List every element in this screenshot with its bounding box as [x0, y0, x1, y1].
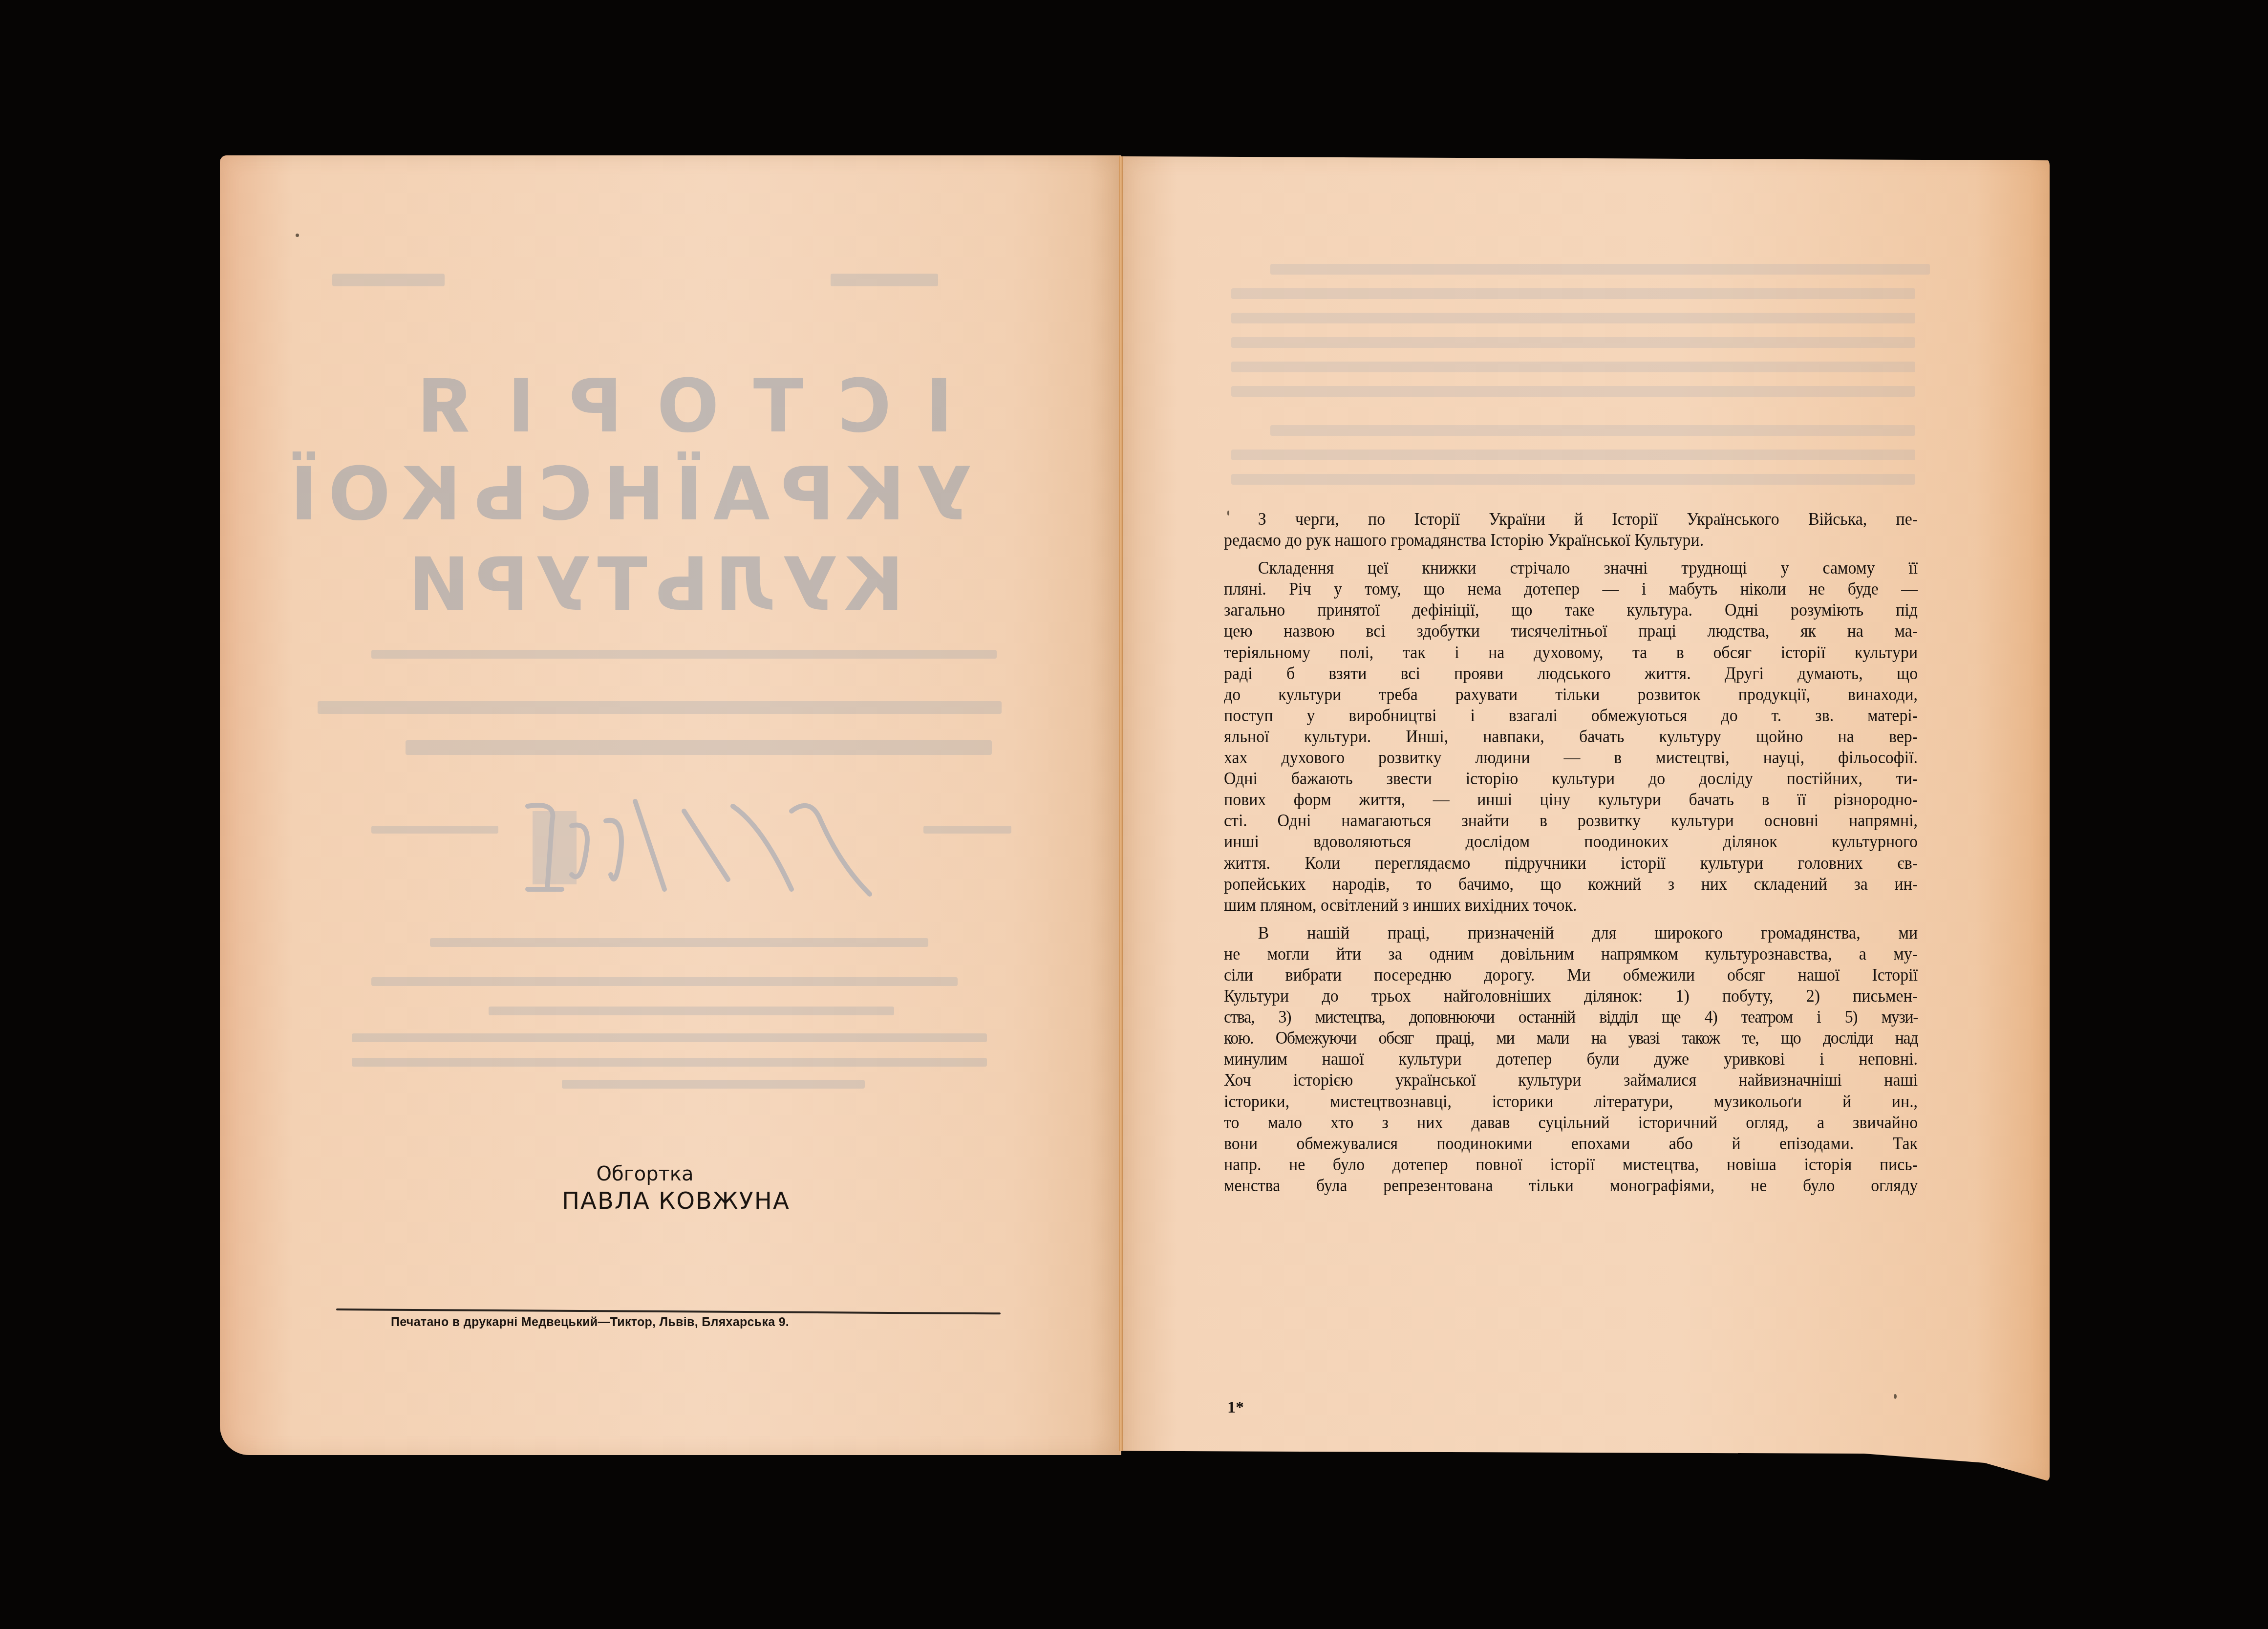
text-line: історики, мистецтвознавці, історики літе… [1224, 1091, 1918, 1112]
text-line: не могли йти за одним довільним напрямко… [1224, 943, 1918, 964]
text-line: яльної культури. Инші, навпаки, бачать к… [1224, 726, 1918, 747]
show-through-line [831, 274, 938, 286]
show-through-line [562, 1080, 865, 1089]
show-through-line [1231, 337, 1915, 348]
text-line: Одні бажають звести історію культури до … [1224, 768, 1918, 789]
paragraph-3: В нашій праці, призначеній для широкого … [1224, 922, 1918, 1196]
text-line: хах духового розвитку людини — в мистецт… [1224, 747, 1918, 768]
show-through-line [1231, 450, 1915, 460]
text-line: кою. Обмежуючи обсяг праці, ми мали на у… [1224, 1027, 1918, 1048]
show-through-line [1231, 386, 1915, 397]
text-line: сті. Одні намагаються знайти в розвитку … [1224, 810, 1918, 831]
show-through-line [352, 1033, 987, 1042]
show-through-line [406, 740, 992, 755]
text-line: В нашій праці, призначеній для широкого … [1224, 922, 1918, 943]
show-through-title-line-2: УКРАЇНСЬКОЇ [420, 452, 972, 537]
text-line: вони обмежувалися поодинокими епохами аб… [1224, 1133, 1918, 1154]
text-line: Складення цеї книжки стрічало значні тру… [1224, 557, 1918, 578]
show-through-line [371, 826, 498, 834]
show-through-line [371, 977, 958, 986]
show-through-line [371, 650, 997, 659]
body-text: З черги, по Історії України й Історії Ук… [1224, 508, 1869, 1202]
text-line: поступ у виробництві і взагалі обмежують… [1224, 705, 1918, 726]
text-line: цею назвою всі здобутки тисячелітньої пр… [1224, 620, 1918, 641]
show-through-title-line-3: КУЛЬТУРИ [479, 542, 904, 627]
text-line: раді б взяти всі прояви людського життя.… [1224, 663, 1918, 684]
text-line: ства, 3) мистецтва, доповнюючи останній … [1224, 1006, 1918, 1027]
paragraph-1: З черги, по Історії України й Історії Ук… [1224, 508, 1918, 550]
printer-imprint: Печатано в друкарні Медвецький—Тиктор, Л… [391, 1315, 977, 1329]
paragraph-2: Складення цеї книжки стрічало значні тру… [1224, 557, 1918, 915]
text-line: ропейських народів, то бачимо, що кожний… [1224, 873, 1918, 894]
show-through-line [489, 1007, 894, 1015]
text-line: пляні. Річ у тому, що нема дотепер — і м… [1224, 578, 1918, 599]
show-through-line [332, 274, 445, 286]
book-spine [1119, 156, 1123, 1451]
book-spread: ІСТОРІЯ УКРАЇНСЬКОЇ КУЛЬТУРИ Обгортка ПА… [0, 0, 2268, 1629]
show-through-line [430, 938, 928, 947]
show-through-line [1231, 362, 1915, 372]
text-line: З черги, по Історії України й Історії Ук… [1224, 508, 1918, 529]
show-through-signature-icon [498, 792, 919, 899]
paper-speck [1227, 511, 1229, 515]
gutter-shadow [1090, 155, 1120, 1455]
paper-speck [296, 234, 299, 237]
show-through-line [1231, 288, 1915, 299]
show-through-line [318, 701, 1002, 714]
text-line: пових форм життя, — инші ціну культури б… [1224, 789, 1918, 810]
text-line: напр. не було дотепер повної історії мис… [1224, 1154, 1918, 1175]
cover-credit-name: ПАВЛА КОВЖУНА [562, 1187, 718, 1215]
text-line: шим пляном, освітлений з инших вихідних … [1224, 894, 1918, 915]
cover-credit: Обгортка ПАВЛА КОВЖУНА [572, 1163, 718, 1215]
text-line: життя. Коли переглядаємо підручники істо… [1224, 852, 1918, 873]
text-line: минулим нашої культури дотепер були дуже… [1224, 1048, 1918, 1069]
text-line: то мало хто з них давав суцільний істори… [1224, 1112, 1918, 1133]
show-through-line [1231, 313, 1915, 323]
text-line: Культури до трьох найголовніших ділянок:… [1224, 985, 1918, 1006]
show-through-line [923, 826, 1011, 834]
text-line: редаємо до рук нашого громадянства Істор… [1224, 529, 1918, 550]
text-line: загально принятої дефініції, що таке кул… [1224, 599, 1918, 620]
page-number: 1* [1227, 1398, 1244, 1417]
cover-credit-label: Обгортка [572, 1163, 718, 1185]
show-through-line [1270, 425, 1915, 436]
show-through-title-line-1: ІСТОРІЯ [440, 364, 953, 449]
text-line: сіли вибрати посередню дорогу. Ми обмежи… [1224, 964, 1918, 985]
text-line: менства була репрезентована тільки моног… [1224, 1175, 1918, 1196]
text-line: до культури треба рахувати тільки розвит… [1224, 684, 1918, 705]
paper-speck [1894, 1394, 1897, 1399]
show-through-line [1231, 474, 1915, 485]
text-line: Хоч історією української культури займал… [1224, 1069, 1918, 1090]
show-through-line [1270, 264, 1930, 275]
text-line: теріяльному полі, так і на духовому, та … [1224, 642, 1918, 663]
text-line: инші вдоволяються дослідом поодиноких ді… [1224, 831, 1918, 852]
show-through-line [352, 1058, 987, 1067]
